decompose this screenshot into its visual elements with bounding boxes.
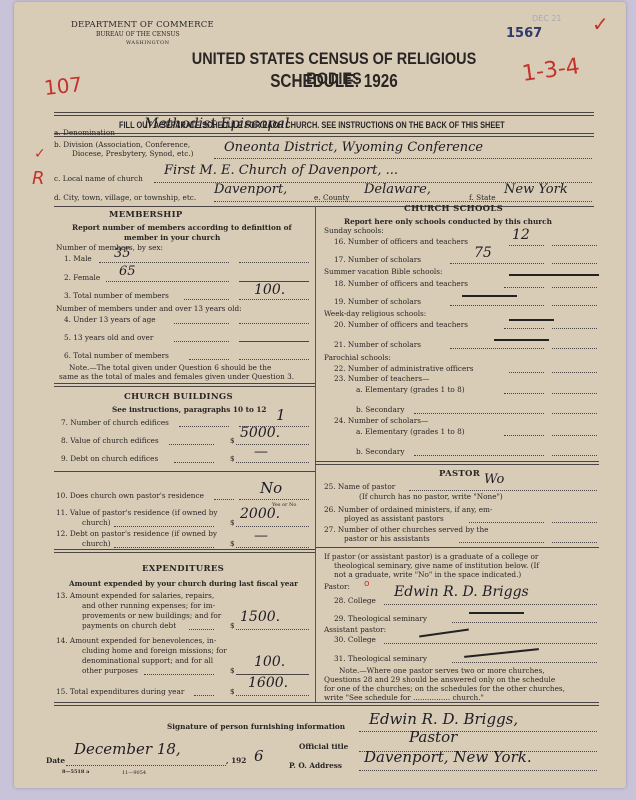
field-line <box>552 305 597 306</box>
currency-symbol: $ <box>230 687 235 696</box>
q19-label: 19. Number of scholars <box>334 297 421 306</box>
currency-symbol: $ <box>230 436 235 445</box>
field-line <box>239 299 309 300</box>
official-title-label: Official title <box>299 742 348 751</box>
q12-label-2: church) <box>82 539 111 548</box>
red-circle-mark: o <box>364 579 370 589</box>
census-schedule-sheet: DEPARTMENT OF COMMERCE BUREAU OF THE CEN… <box>14 2 626 788</box>
q28-label: 28. College <box>334 596 376 605</box>
q13-label-3: provements or new buildings; and for <box>82 611 221 620</box>
signature-label: Signature of person furnishing informati… <box>167 722 345 731</box>
field-line <box>169 444 214 445</box>
field-line <box>384 643 597 644</box>
q9-label: 9. Debt on church edifices <box>61 454 158 463</box>
city-value[interactable]: Davenport, <box>214 182 287 197</box>
q23a-label: a. Elementary (grades 1 to 8) <box>356 385 465 394</box>
q7-label: 7. Number of church edifices <box>61 418 169 427</box>
expenditures-subheading: Amount expended by your church during la… <box>69 579 298 588</box>
field-line <box>552 287 597 288</box>
year-prefix: , 192 <box>226 756 246 765</box>
field-line <box>552 522 597 523</box>
q9-debt-value[interactable]: — <box>254 444 268 460</box>
denomination-label: a. Denomination <box>54 128 115 137</box>
q29-label: 29. Theological seminary <box>334 614 427 623</box>
currency-symbol: $ <box>230 621 235 630</box>
dash-mark <box>509 319 554 321</box>
field-line <box>99 262 229 263</box>
red-margin-mark: R <box>32 168 45 189</box>
divider <box>54 112 594 116</box>
q16-label: 16. Number of officers and teachers <box>334 237 468 246</box>
division-field-line <box>214 158 592 159</box>
q13-label-4: payments on church debt <box>82 621 176 630</box>
currency-symbol: $ <box>230 666 235 675</box>
field-line <box>504 328 544 329</box>
q24a-label: a. Elementary (grades 1 to 8) <box>356 427 465 436</box>
field-line <box>106 281 229 282</box>
membership-subheading-2: member in your church <box>124 233 220 242</box>
q3-total-value[interactable]: 100. <box>254 282 285 298</box>
official-title-value[interactable]: Pastor <box>409 728 457 746</box>
q10-residence-value[interactable]: No <box>260 479 282 497</box>
currency-symbol: $ <box>230 518 235 527</box>
q2-label: 2. Female <box>64 273 100 282</box>
q14-label-3: denominational support; and for all <box>82 656 213 665</box>
field-line <box>452 662 597 663</box>
q14-amount-value[interactable]: 100. <box>254 654 285 670</box>
field-line <box>184 299 229 300</box>
graduate-note-3: not a graduate, write "No" in the space … <box>334 570 521 579</box>
city-field-label: d. City, town, village, or township, etc… <box>54 193 196 202</box>
q21-label: 21. Number of scholars <box>334 340 421 349</box>
summer-schools-label: Summer vacation Bible schools: <box>324 267 442 276</box>
q16-value[interactable]: 12 <box>512 227 530 243</box>
year-value[interactable]: 6 <box>254 747 264 765</box>
q15-label: 15. Total expenditures during year <box>56 687 184 696</box>
field-line <box>450 305 544 306</box>
pastor-note-1: Note.—Where one pastor serves two or mor… <box>339 666 545 675</box>
q17-label: 17. Number of scholars <box>334 255 421 264</box>
denomination-field-line <box>132 136 592 137</box>
q26-label-1: 26. Number of ordained ministers, if any… <box>324 505 492 514</box>
field-line <box>114 547 214 548</box>
q31-label: 31. Theological seminary <box>334 654 427 663</box>
field-line <box>552 372 597 373</box>
field-line <box>239 359 309 360</box>
q13-amount-value[interactable]: 1500. <box>240 609 280 625</box>
weekday-schools-label: Week-day religious schools: <box>324 309 426 318</box>
date-value[interactable]: December 18, <box>74 740 181 758</box>
field-line <box>552 435 597 436</box>
field-line <box>214 499 234 500</box>
address-label: P. O. Address <box>289 761 342 770</box>
field-line <box>504 435 544 436</box>
q8-label: 8. Value of church edifices <box>61 436 159 445</box>
field-line <box>552 393 597 394</box>
q22-label: 22. Number of administrative officers <box>334 364 474 373</box>
sunday-schools-label: Sunday schools: <box>324 226 384 235</box>
date-label: Date <box>46 756 65 765</box>
field-line <box>239 341 309 342</box>
field-line <box>414 413 544 414</box>
q6-label: 6. Total number of members <box>64 351 169 360</box>
denomination-value[interactable]: Methodist Episcopal <box>144 116 289 132</box>
schedule-title: SCHEDULE: 1926 <box>207 71 462 92</box>
field-line <box>552 328 597 329</box>
field-line <box>179 426 229 427</box>
dash-mark <box>509 274 599 276</box>
membership-note-2: same as the total of males and females g… <box>59 372 294 381</box>
currency-symbol: $ <box>230 539 235 548</box>
divider <box>315 461 599 465</box>
q5-label: 5. 13 years old and over <box>64 333 153 342</box>
print-number: 11—9054 <box>122 770 146 776</box>
field-line <box>236 462 309 463</box>
by-sex-label: Number of members, by sex: <box>56 243 163 252</box>
divider <box>54 549 315 553</box>
dash-mark <box>462 295 517 297</box>
red-annotation-code: 1-3-4 <box>521 54 582 87</box>
field-line <box>144 674 214 675</box>
q1-label: 1. Male <box>64 254 92 263</box>
field-line <box>509 245 544 246</box>
field-line <box>504 287 544 288</box>
field-line <box>174 341 229 342</box>
pastor-note-3: for one of the churches; on the schedule… <box>324 684 565 693</box>
field-line <box>236 444 309 445</box>
q2-female-value[interactable]: 65 <box>119 264 136 279</box>
field-line <box>236 695 309 696</box>
signature-value[interactable]: Edwin R. D. Briggs, <box>369 710 518 728</box>
q24-label: 24. Number of scholars— <box>334 416 428 425</box>
parochial-schools-label: Parochial schools: <box>324 353 391 362</box>
q18-label: 18. Number of officers and teachers <box>334 279 468 288</box>
field-line <box>239 499 309 500</box>
field-line <box>504 393 544 394</box>
q8-value-value[interactable]: 5000. <box>240 425 280 441</box>
field-line <box>236 629 309 630</box>
q13-label-1: 13. Amount expended for salaries, repair… <box>56 591 214 600</box>
column-divider <box>315 206 316 702</box>
graduate-note-1: If pastor (or assistant pastor) is a gra… <box>324 552 538 561</box>
field-line <box>236 547 309 548</box>
q14-label-2: cluding home and foreign missions; for <box>82 646 227 655</box>
q17-value[interactable]: 75 <box>474 245 492 261</box>
divider <box>54 471 315 472</box>
divider <box>315 547 599 548</box>
q12-debt-value[interactable]: — <box>254 528 268 544</box>
field-line <box>509 372 544 373</box>
q15-total-value[interactable]: 1600. <box>248 675 288 691</box>
age-label: Number of members under and over 13 year… <box>56 304 242 313</box>
church-name-label: c. Local name of church <box>54 174 143 183</box>
field-line <box>189 359 229 360</box>
q14-label-1: 14. Amount expended for benevolences, in… <box>56 636 216 645</box>
church-schools-heading: CHURCH SCHOOLS <box>404 204 503 214</box>
red-margin-check-icon: ✓ <box>34 146 46 162</box>
received-stamp: DEC 21 <box>532 14 562 23</box>
field-line <box>414 455 544 456</box>
church-schools-subheading: Report here only schools conducted by th… <box>344 217 552 226</box>
state-value[interactable]: New York <box>504 182 568 197</box>
division-label-1: b. Division (Association, Conference, <box>54 140 190 149</box>
q28-college-value[interactable]: Edwin R. D. Briggs <box>394 584 529 600</box>
field-line <box>450 263 544 264</box>
field-line <box>552 245 597 246</box>
red-annotation-number: 107 <box>43 72 83 100</box>
q23b-label: b. Secondary <box>356 405 404 414</box>
field-line <box>384 604 597 605</box>
currency-symbol: $ <box>230 454 235 463</box>
q3-label: 3. Total number of members <box>64 291 169 300</box>
q26-label-2: ployed as assistant pastors <box>344 514 444 523</box>
q27-label-1: 27. Number of other churches served by t… <box>324 525 488 534</box>
q25-pastor-name-value[interactable]: Wo <box>484 472 504 487</box>
serial-number: 1567 <box>506 26 542 41</box>
division-value[interactable]: Oneonta District, Wyoming Conference <box>224 140 483 155</box>
q25-label: 25. Name of pastor <box>324 482 395 491</box>
field-line <box>239 262 309 263</box>
field-line <box>189 629 214 630</box>
address-value[interactable]: Davenport, New York. <box>364 748 532 766</box>
q14-label-4: other purposes <box>82 666 138 675</box>
q7-edifices-value[interactable]: 1 <box>276 406 286 424</box>
church-name-value[interactable]: First M. E. Church of Davenport, ... <box>164 163 398 178</box>
assistant-pastor-subheading: Assistant pastor: <box>324 625 386 634</box>
q11-label-1: 11. Value of pastor's residence (if owne… <box>56 508 218 517</box>
q27-label-2: pastor or his assistants <box>344 534 430 543</box>
divider <box>54 206 594 207</box>
q4-label: 4. Under 13 years of age <box>64 315 156 324</box>
membership-subheading-1: Report number of members according to de… <box>72 223 292 232</box>
church-buildings-subheading: See instructions, paragraphs 10 to 12 <box>112 405 267 414</box>
field-line <box>409 490 597 491</box>
field-line <box>552 263 597 264</box>
field-line <box>552 413 597 414</box>
q30-label: 30. College <box>334 635 376 644</box>
city-label: WASHINGTON <box>126 40 169 46</box>
field-line <box>452 622 597 623</box>
field-line <box>552 348 597 349</box>
field-line <box>239 323 309 324</box>
dash-mark <box>469 612 524 614</box>
field-line <box>236 526 309 527</box>
field-line <box>469 522 544 523</box>
location-field-line <box>214 201 592 202</box>
dash-mark <box>419 629 469 638</box>
county-value[interactable]: Delaware, <box>364 182 431 197</box>
q12-label-1: 12. Debt on pastor's residence (if owned… <box>56 529 217 538</box>
membership-note-1: Note.—The total given under Question 6 s… <box>69 363 271 372</box>
q20-label: 20. Number of officers and teachers <box>334 320 468 329</box>
division-label-2: Diocese, Presbytery, Synod, etc.) <box>72 149 194 158</box>
field-line <box>552 542 597 543</box>
pastor-note-2: Questions 28 and 29 should be answered o… <box>324 675 555 684</box>
red-check-icon: ✓ <box>592 12 609 36</box>
field-line <box>552 455 597 456</box>
department-label: DEPARTMENT OF COMMERCE <box>71 20 214 30</box>
graduate-note-2: theological seminary, give name of insti… <box>334 561 539 570</box>
dash-mark <box>464 648 539 658</box>
church-buildings-heading: CHURCH BUILDINGS <box>124 392 233 402</box>
pastor-heading: PASTOR <box>439 469 480 479</box>
field-line <box>359 731 597 732</box>
field-line <box>459 542 544 543</box>
field-line <box>174 462 214 463</box>
q11-label-2: church) <box>82 518 111 527</box>
divider <box>54 702 599 706</box>
q11-value-value[interactable]: 2000. <box>240 506 280 522</box>
field-line <box>114 526 214 527</box>
membership-heading: MEMBERSHIP <box>109 210 183 220</box>
field-line <box>174 323 229 324</box>
field-line <box>450 348 544 349</box>
dash-mark <box>494 339 549 341</box>
field-line <box>359 770 597 771</box>
q25-hint: (If church has no pastor, write "None") <box>359 492 503 501</box>
pastor-subheading: Pastor: <box>324 582 350 591</box>
q13-label-2: and other running expenses; for im- <box>82 601 215 610</box>
expenditures-heading: EXPENDITURES <box>142 564 224 574</box>
pastor-note-4: write "See schedule for ................… <box>324 693 484 702</box>
field-line <box>194 695 214 696</box>
q10-label: 10. Does church own pastor's residence <box>56 491 204 500</box>
field-line <box>66 765 226 766</box>
bureau-label: BUREAU OF THE CENSUS <box>96 31 180 38</box>
form-number: 8—5518 a <box>62 769 89 775</box>
q1-male-value[interactable]: 35 <box>114 246 131 261</box>
q24b-label: b. Secondary <box>356 447 404 456</box>
divider <box>54 383 315 387</box>
q23-label: 23. Number of teachers— <box>334 374 429 383</box>
